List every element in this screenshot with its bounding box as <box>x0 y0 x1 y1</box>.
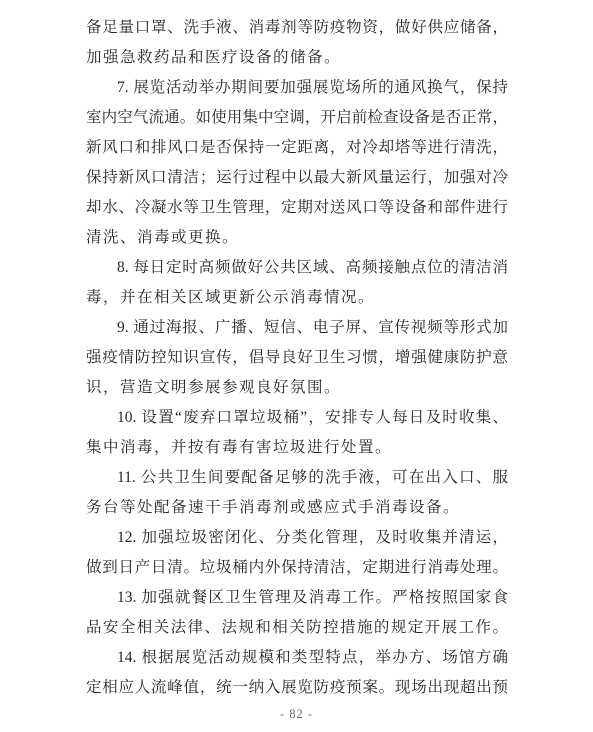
text-line: 室内空气流通。如使用集中空调，开启前检查设备是否正常， <box>86 103 508 133</box>
text-line-item-7-start: 7. 展览活动举办期间要加强展览场所的通风换气，保持 <box>86 73 508 103</box>
text-line: 做到日产日清。垃圾桶内外保持清洁，定期进行消毒处理。 <box>86 553 508 583</box>
text-line: 新风口和排风口是否保持一定距离，对冷却塔等进行清洗， <box>86 133 508 163</box>
text-line: 识，营造文明参展参观良好氛围。 <box>86 373 508 403</box>
text-line: 却水、冷凝水等卫生管理，定期对送风口等设备和部件进行 <box>86 193 508 223</box>
text-line: 加强急救药品和医疗设备的储备。 <box>86 43 508 73</box>
text-line: 备足量口罩、洗手液、消毒剂等防疫物资，做好供应储备， <box>86 13 508 43</box>
text-line-item-9-start: 9. 通过海报、广播、短信、电子屏、宣传视频等形式加 <box>86 313 508 343</box>
text-line: 保持新风口清洁；运行过程中以最大新风量运行，加强对冷 <box>86 163 508 193</box>
text-line: 清洗、消毒或更换。 <box>86 223 508 253</box>
text-line: 集中消毒，并按有毒有害垃圾进行处置。 <box>86 433 508 463</box>
text-line: 定相应人流峰值，统一纳入展览防疫预案。现场出现超出预 <box>86 673 508 703</box>
text-line-item-12-start: 12. 加强垃圾密闭化、分类化管理，及时收集并清运， <box>86 523 508 553</box>
document-page: 备足量口罩、洗手液、消毒剂等防疫物资，做好供应储备， 加强急救药品和医疗设备的储… <box>0 0 593 732</box>
text-line-item-13-start: 13. 加强就餐区卫生管理及消毒工作。严格按照国家食 <box>86 583 508 613</box>
text-line-item-8-start: 8. 每日定时高频做好公共区域、高频接触点位的清洁消 <box>86 253 508 283</box>
text-line: 强疫情防控知识宣传，倡导良好卫生习惯，增强健康防护意 <box>86 343 508 373</box>
text-line: 毒，并在相关区域更新公示消毒情况。 <box>86 283 508 313</box>
text-line-item-11-start: 11. 公共卫生间要配备足够的洗手液，可在出入口、服 <box>86 463 508 493</box>
text-line-item-10-start: 10. 设置“废弃口罩垃圾桶”，安排专人每日及时收集、 <box>86 403 508 433</box>
document-body: 备足量口罩、洗手液、消毒剂等防疫物资，做好供应储备， 加强急救药品和医疗设备的储… <box>86 13 508 703</box>
text-line: 务台等处配备速干手消毒剂或感应式手消毒设备。 <box>86 493 508 523</box>
text-line: 品安全相关法律、法规和相关防控措施的规定开展工作。 <box>86 613 508 643</box>
page-number: - 82 - <box>0 706 593 722</box>
text-line-item-14-start: 14. 根据展览活动规模和类型特点，举办方、场馆方确 <box>86 643 508 673</box>
